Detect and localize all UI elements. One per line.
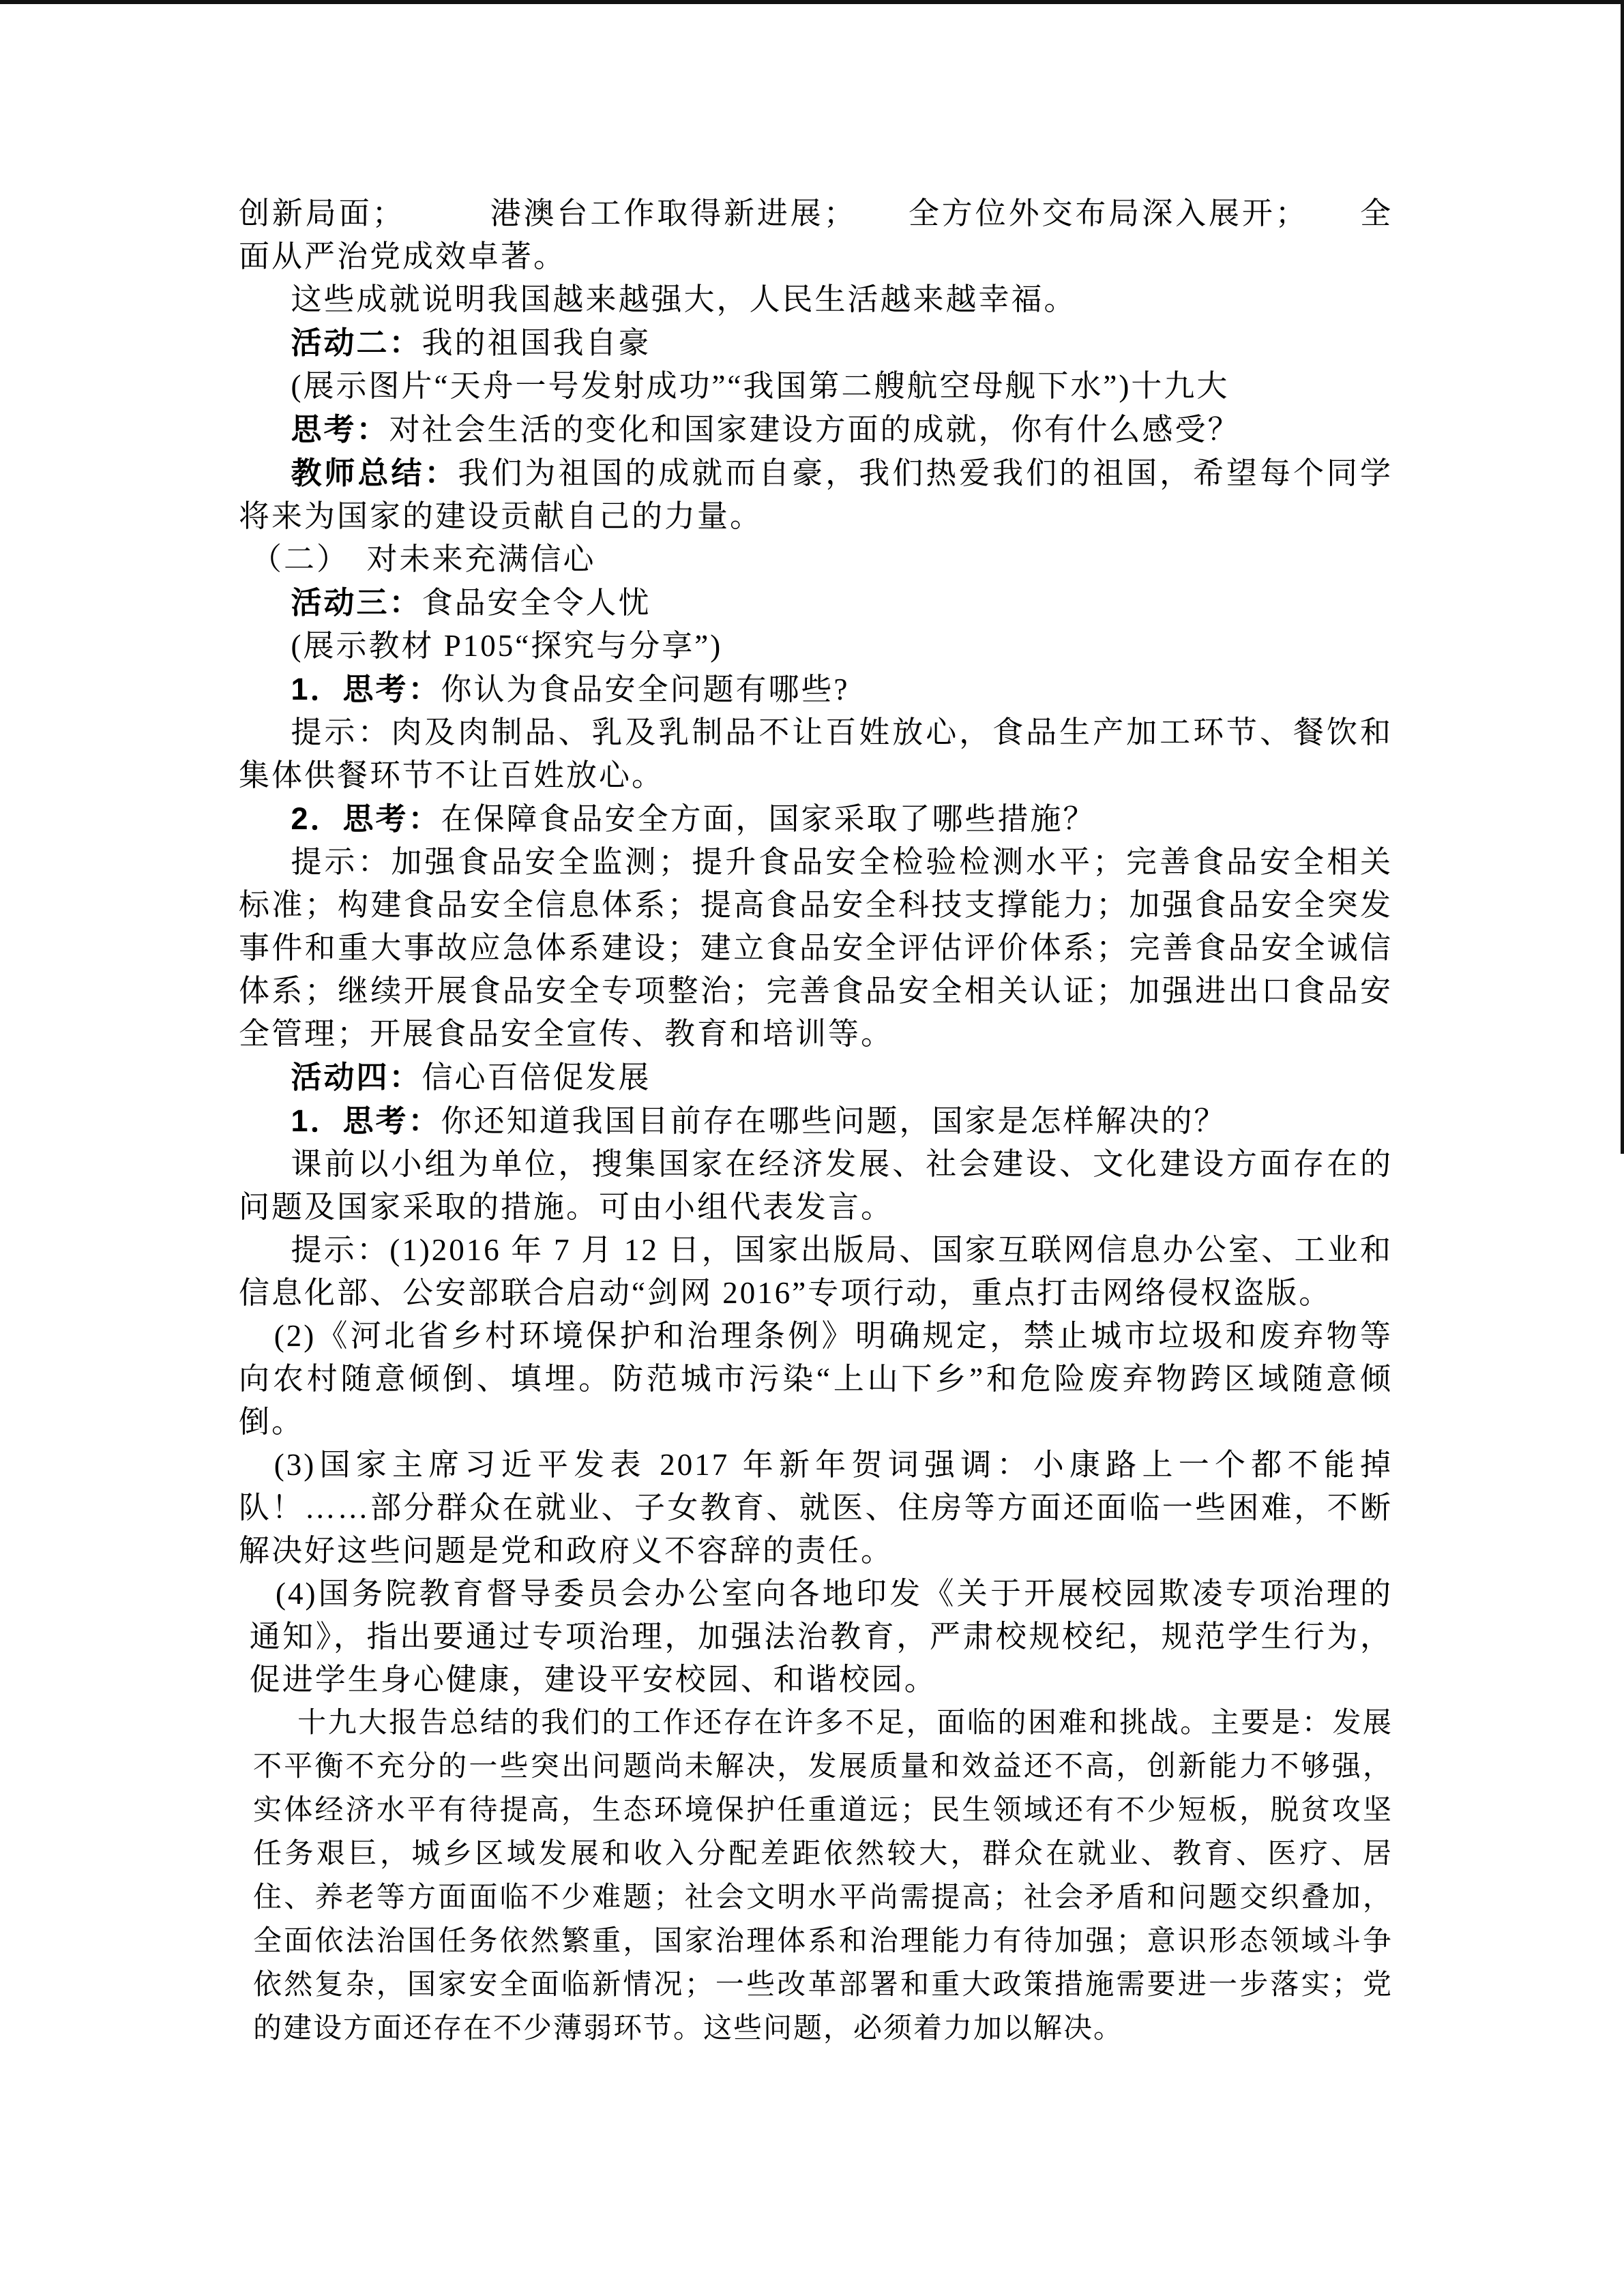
paragraph: 2．思考：在保障食品安全方面，国家采取了哪些措施？: [239, 797, 1393, 841]
paragraph-text-run: 你认为食品安全问题有哪些?: [441, 672, 850, 706]
paragraph-text-run: 你还知道我国目前存在哪些问题，国家是怎样解决的？: [441, 1104, 1227, 1138]
paragraph: (展示图片“天舟一号发射成功”“我国第二艘航空母舰下水”)十九大: [239, 365, 1393, 408]
page: { "page": { "background_color": "#ffffff…: [0, 0, 1624, 2296]
paragraph-label-run: 活动二：: [291, 325, 422, 360]
paragraph-label-run: 教师总结：: [291, 456, 458, 490]
page-right-border: [1621, 0, 1624, 1154]
paragraph-text-run: 十九大报告总结的我们的工作还存在许多不足，面临的困难和挑战。主要是：发展不平衡不…: [253, 1708, 1393, 2044]
paragraph: （二） 对未来充满信心: [239, 538, 1393, 581]
paragraph-text-run: 课前以小组为单位，搜集国家在经济发展、社会建设、文化建设方面存在的问题及国家采取…: [239, 1147, 1393, 1224]
paragraph: 活动四：信心百倍促发展: [239, 1056, 1393, 1099]
paragraph-text-run: (3)国家主席习近平发表 2017 年新年贺词强调：小康路上一个都不能掉队！………: [239, 1448, 1393, 1568]
page-top-border: [0, 0, 1624, 4]
paragraph: 活动三：食品安全令人忧: [239, 581, 1393, 625]
paragraph-text-run: （二） 对未来充满信心: [251, 542, 596, 576]
document-body: 创新局面； 港澳台工作取得新进展； 全方位外交布局深入展开； 全面从严治党成效卓…: [239, 192, 1393, 2051]
paragraph: 1．思考：你认为食品安全问题有哪些?: [239, 668, 1393, 711]
paragraph-label-run: 活动三：: [291, 585, 422, 620]
paragraph-label-run: 2．思考：: [291, 801, 441, 836]
paragraph: 思考：对社会生活的变化和国家建设方面的成就，你有什么感受？: [239, 408, 1393, 451]
paragraph: 创新局面； 港澳台工作取得新进展； 全方位外交布局深入展开； 全面从严治党成效卓…: [239, 192, 1393, 278]
paragraph: 提示：加强食品安全监测；提升食品安全检验检测水平；完善食品安全相关标准；构建食品…: [239, 841, 1393, 1056]
paragraph-text-run: (展示图片“天舟一号发射成功”“我国第二艘航空母舰下水”)十九大: [291, 369, 1230, 403]
paragraph-label-run: 思考：: [291, 412, 389, 447]
paragraph: 教师总结：我们为祖国的成就而自豪，我们热爱我们的祖国，希望每个同学将来为国家的建…: [239, 451, 1393, 538]
paragraph-label-run: 1．思考：: [291, 672, 441, 706]
paragraph-text-run: 提示：(1)2016 年 7 月 12 日，国家出版局、国家互联网信息办公室、工…: [239, 1233, 1393, 1310]
paragraph-text-run: 提示：肉及肉制品、乳及乳制品不让百姓放心，食品生产加工环节、餐饮和集体供餐环节不…: [239, 715, 1393, 792]
paragraph-text-run: 在保障食品安全方面，国家采取了哪些措施？: [441, 802, 1096, 836]
paragraph-text-run: 这些成就说明我国越来越强大，人民生活越来越幸福。: [291, 282, 1077, 316]
paragraph: (3)国家主席习近平发表 2017 年新年贺词强调：小康路上一个都不能掉队！………: [239, 1444, 1393, 1572]
paragraph-text-run: (4)国务院教育督导委员会办公室向各地印发《关于开展校园欺凌专项治理的通知》，指…: [250, 1577, 1393, 1697]
paragraph-text-run: 创新局面； 港澳台工作取得新进展； 全方位外交布局深入展开； 全面从严治党成效卓…: [239, 196, 1393, 273]
paragraph-text-run: (展示教材 P105“探究与分享”): [291, 629, 723, 663]
paragraph: 提示：(1)2016 年 7 月 12 日，国家出版局、国家互联网信息办公室、工…: [239, 1229, 1393, 1315]
paragraph: 十九大报告总结的我们的工作还存在许多不足，面临的困难和挑战。主要是：发展不平衡不…: [253, 1701, 1393, 2051]
paragraph: 课前以小组为单位，搜集国家在经济发展、社会建设、文化建设方面存在的问题及国家采取…: [239, 1143, 1393, 1229]
paragraph-text-run: 信心百倍促发展: [422, 1060, 651, 1094]
paragraph-label-run: 1．思考：: [291, 1103, 441, 1138]
paragraph-text-run: 食品安全令人忧: [422, 586, 651, 620]
paragraph: (2)《河北省乡村环境保护和治理条例》明确规定，禁止城市垃圾和废弃物等向农村随意…: [239, 1315, 1393, 1444]
paragraph: 这些成就说明我国越来越强大，人民生活越来越幸福。: [239, 278, 1393, 321]
paragraph-text-run: 提示：加强食品安全监测；提升食品安全检验检测水平；完善食品安全相关标准；构建食品…: [239, 845, 1393, 1051]
paragraph: 1．思考：你还知道我国目前存在哪些问题，国家是怎样解决的？: [239, 1099, 1393, 1143]
paragraph-text-run: 对社会生活的变化和国家建设方面的成就，你有什么感受？: [389, 413, 1241, 447]
paragraph: 活动二：我的祖国我自豪: [239, 321, 1393, 365]
paragraph-label-run: 活动四：: [291, 1060, 422, 1094]
paragraph: (展示教材 P105“探究与分享”): [239, 625, 1393, 668]
paragraph: 提示：肉及肉制品、乳及乳制品不让百姓放心，食品生产加工环节、餐饮和集体供餐环节不…: [239, 711, 1393, 797]
paragraph: (4)国务院教育督导委员会办公室向各地印发《关于开展校园欺凌专项治理的通知》，指…: [250, 1572, 1393, 1701]
paragraph-text-run: (2)《河北省乡村环境保护和治理条例》明确规定，禁止城市垃圾和废弃物等向农村随意…: [239, 1319, 1393, 1439]
paragraph-text-run: 我的祖国我自豪: [422, 326, 651, 360]
